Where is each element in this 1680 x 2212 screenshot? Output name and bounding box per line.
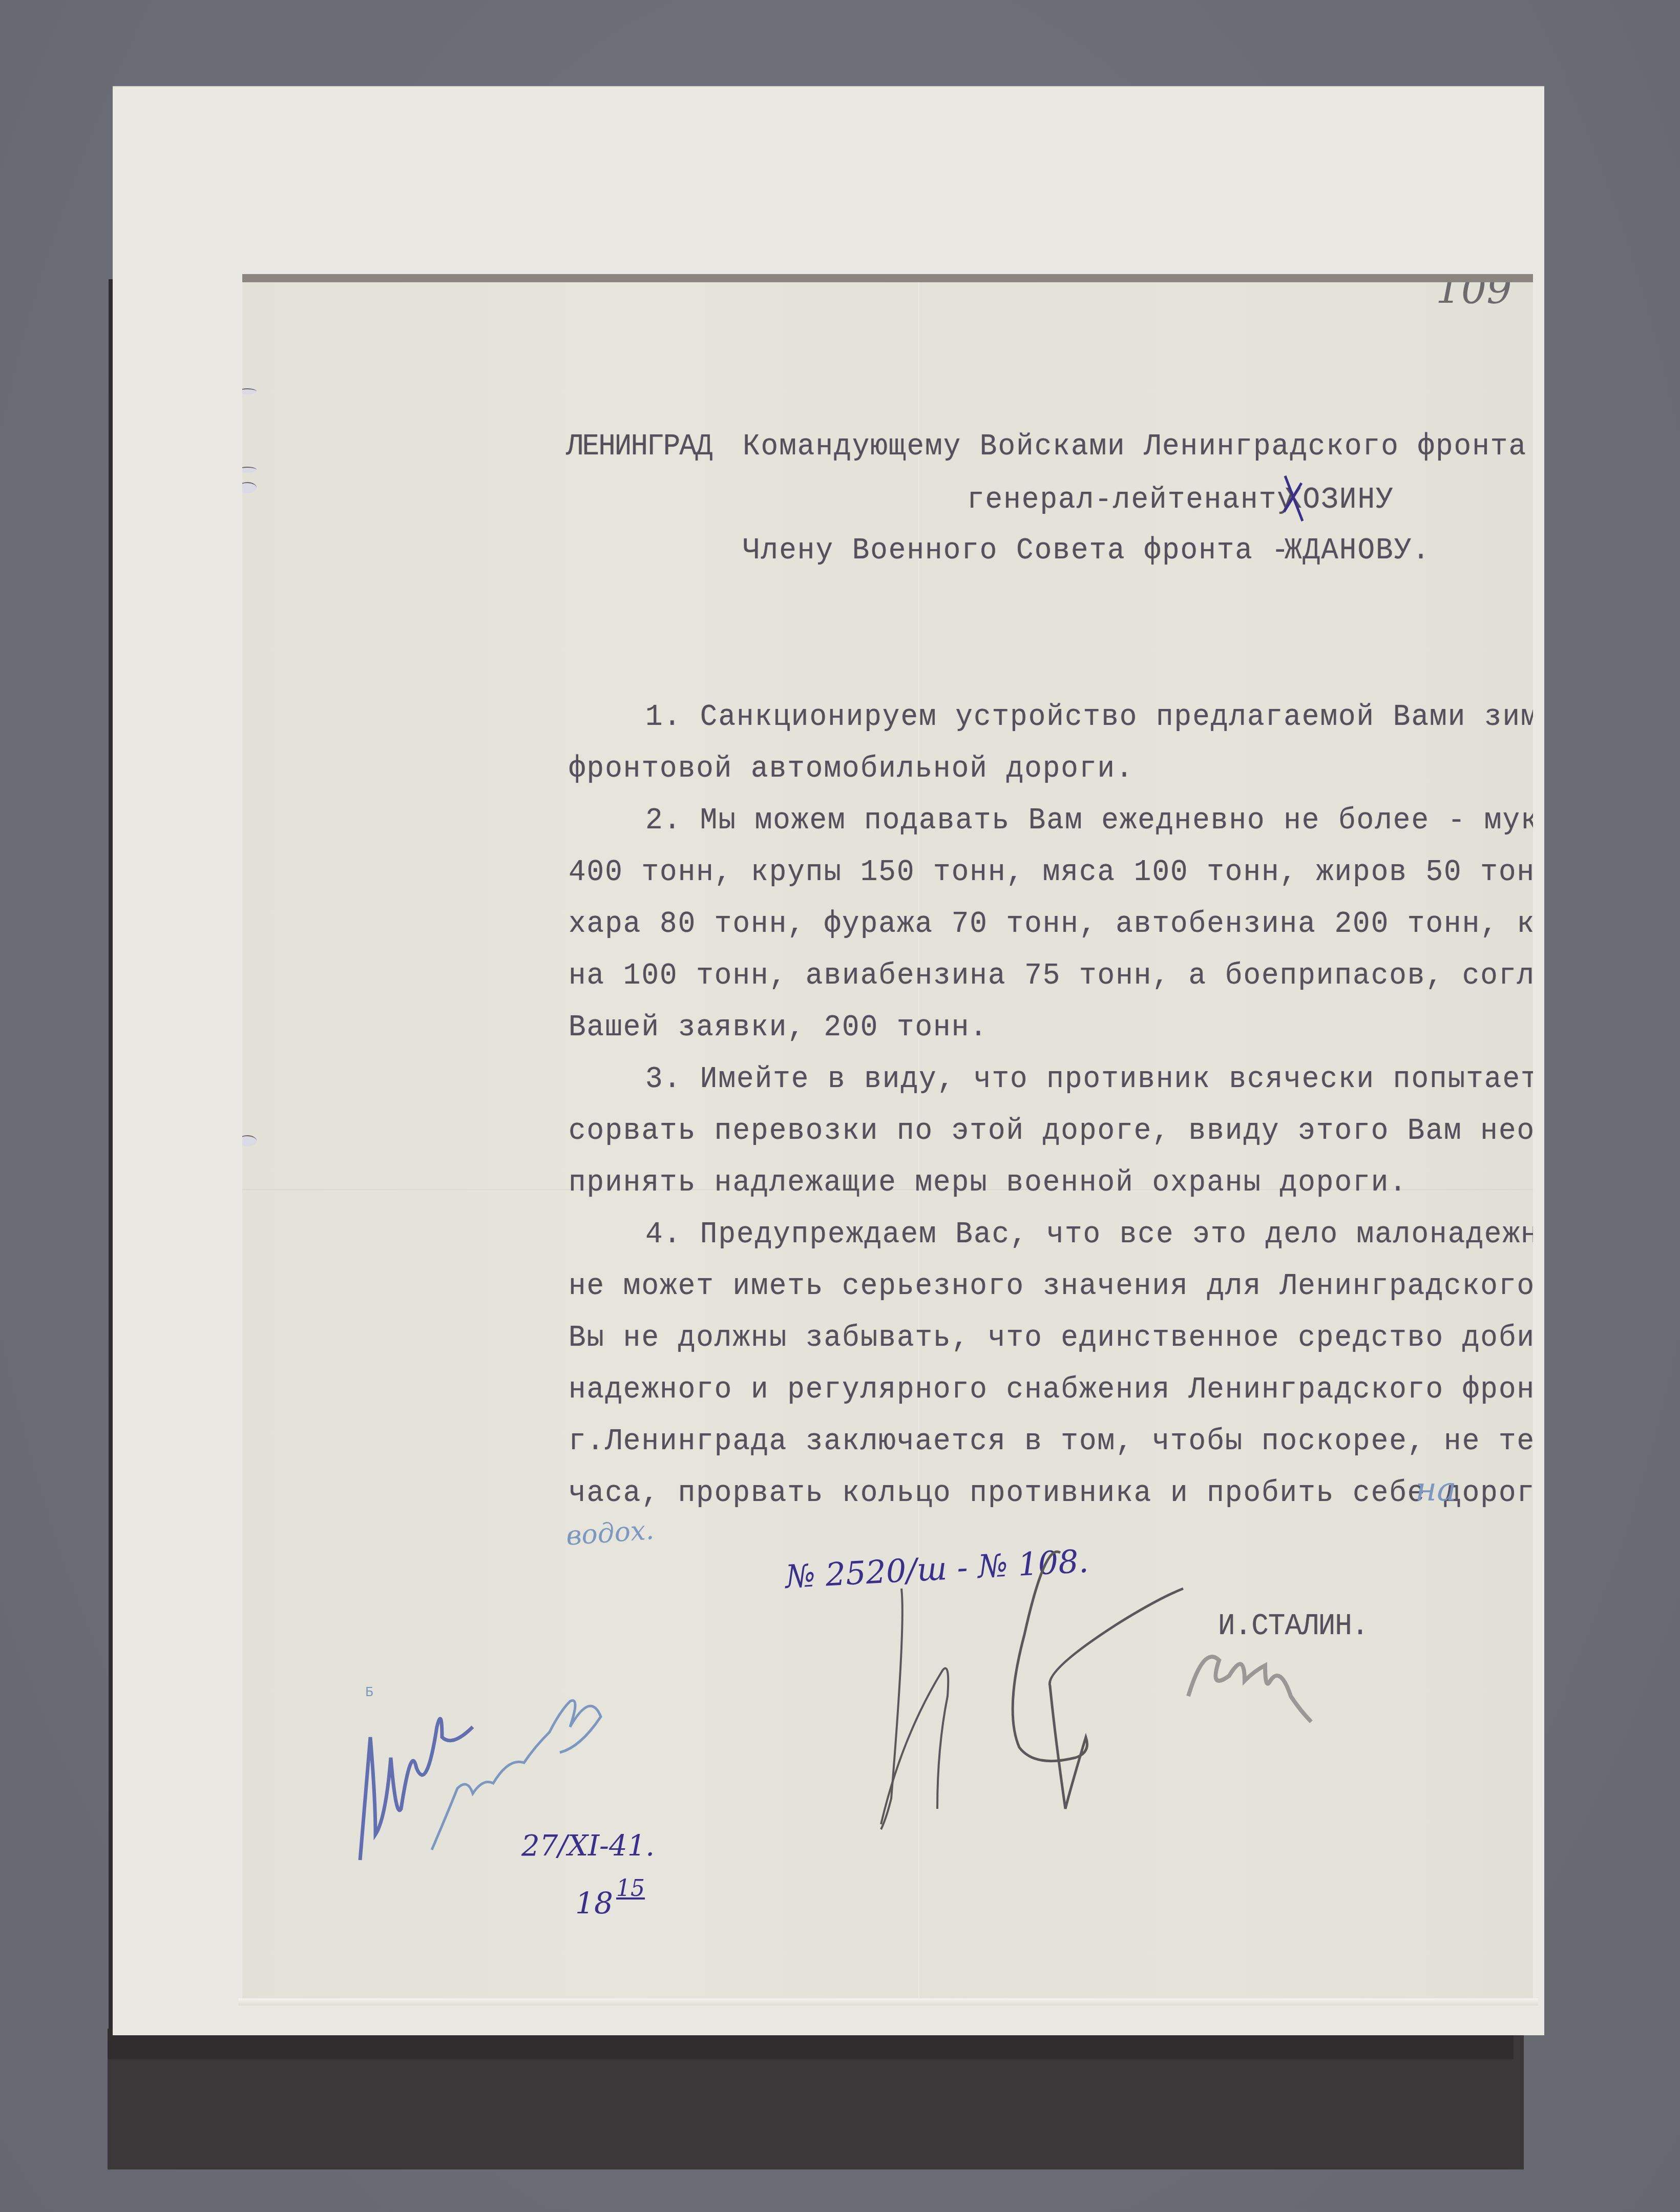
punch-hole-icon <box>242 467 257 473</box>
body-line: 1. Санкционируем устройство предлагаемой… <box>645 701 1533 733</box>
stalin-signature-icon <box>850 1583 1414 1850</box>
header-name-zhdanov: ЖДАНОВУ. <box>1285 534 1431 567</box>
archive-page-number: 109 <box>1436 282 1512 313</box>
frame-drop-shadow <box>108 2029 1524 2169</box>
body-line: надежного и регулярного снабжения Ленинг… <box>569 1373 1533 1406</box>
punch-hole-icon <box>242 388 257 394</box>
body-line: Вашей заявки, 200 тонн. <box>569 1011 988 1044</box>
handwritten-time-minutes: 15 <box>616 1875 645 1902</box>
body-line: 4. Предупреждаем Вас, что все это дело м… <box>645 1218 1533 1250</box>
body-line: 2. Мы можем подавать Вам ежедневно не бо… <box>645 804 1533 837</box>
header-member-title: Члену Военного Совета фронта - <box>743 534 1290 567</box>
body-line: принять надлежащие меры военной охраны д… <box>569 1166 1408 1199</box>
body-line: 3. Имейте в виду, что противник всячески… <box>645 1063 1533 1095</box>
body-line: Вы не должны забывать, что единственное … <box>569 1322 1533 1354</box>
handwritten-time-hour: 18 <box>575 1886 613 1921</box>
body-line: часа, прорвать кольцо противника и проби… <box>569 1477 1533 1509</box>
svg-text:Б: Б <box>365 1685 373 1699</box>
body-line: 400 тонн, крупы 150 тонн, мяса 100 тонн,… <box>569 856 1533 888</box>
punch-hole-icon <box>242 1135 257 1146</box>
body-line: г.Ленинграда заключается в том, чтобы по… <box>569 1425 1533 1457</box>
handwritten-insert-vodokh: водох. <box>565 1515 655 1552</box>
blue-ink-x-mark-icon <box>1282 476 1308 522</box>
mat-window: 109 ЛЕНИНГРАД Командующему Войсками Лени… <box>242 274 1533 1998</box>
punch-hole-icon <box>242 482 257 493</box>
body-line: хара 80 тонн, фуража 70 тонн, автобензин… <box>569 908 1533 940</box>
document-paper: 109 ЛЕНИНГРАД Командующему Войсками Лени… <box>242 282 1533 1998</box>
handwritten-insert-na: на <box>1415 1471 1456 1509</box>
header-rank: генерал-лейтенанту <box>967 484 1295 516</box>
header-recipient-line1: Командующему Войсками Ленинградского фро… <box>743 430 1533 463</box>
body-line: не может иметь серьезного значения для Л… <box>569 1270 1533 1302</box>
header-city: ЛЕНИНГРАД <box>566 430 711 463</box>
body-line: на 100 тонн, авиабензина 75 тонн, а боеп… <box>569 959 1533 992</box>
handwritten-date: 27/XI-41. <box>521 1829 655 1863</box>
passe-partout-mat: 109 ЛЕНИНГРАД Командующему Войсками Лени… <box>113 86 1544 2035</box>
body-line: фронтовой автомобильной дороги. <box>569 753 1134 785</box>
body-line: сорвать перевозки по этой дороге, ввиду … <box>569 1115 1533 1147</box>
